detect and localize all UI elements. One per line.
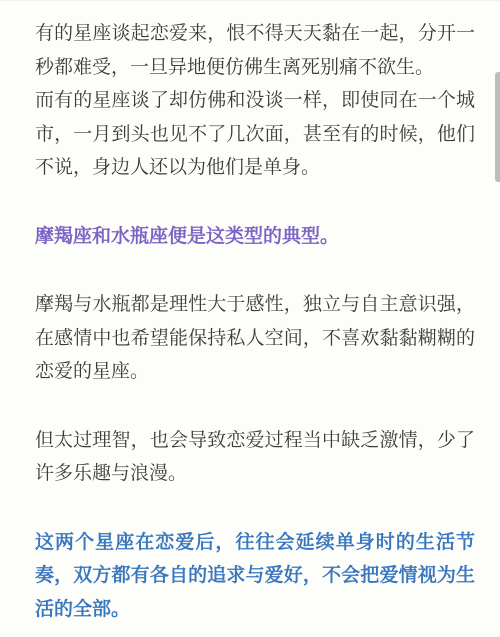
paragraph-highlight-purple: 摩羯座和水瓶座便是这类型的典型。 — [35, 220, 475, 254]
article-page: 有的星座谈起恋爱来，恨不得天天黏在一起，分开一秒都难受，一旦异地便仿佛生离死别痛… — [0, 0, 500, 637]
page-top-divider — [0, 0, 500, 1]
paragraph-highlight-blue: 这两个星座在恋爱后，往往会延续单身时的生活节奏，双方都有各自的追求与爱好，不会把… — [35, 526, 475, 627]
paragraph-intro: 有的星座谈起恋爱来，恨不得天天黏在一起，分开一秒都难受，一旦异地便仿佛生离死别痛… — [35, 17, 475, 185]
paragraph-personality: 摩羯与水瓶都是理性大于感性，独立与自主意识强，在感情中也希望能保持私人空间，不喜… — [35, 288, 475, 389]
paragraph-drawback: 但太过理智，也会导致恋爱过程当中缺乏激情，少了许多乐趣与浪漫。 — [35, 424, 475, 491]
scrollbar-thumb[interactable] — [495, 72, 500, 182]
